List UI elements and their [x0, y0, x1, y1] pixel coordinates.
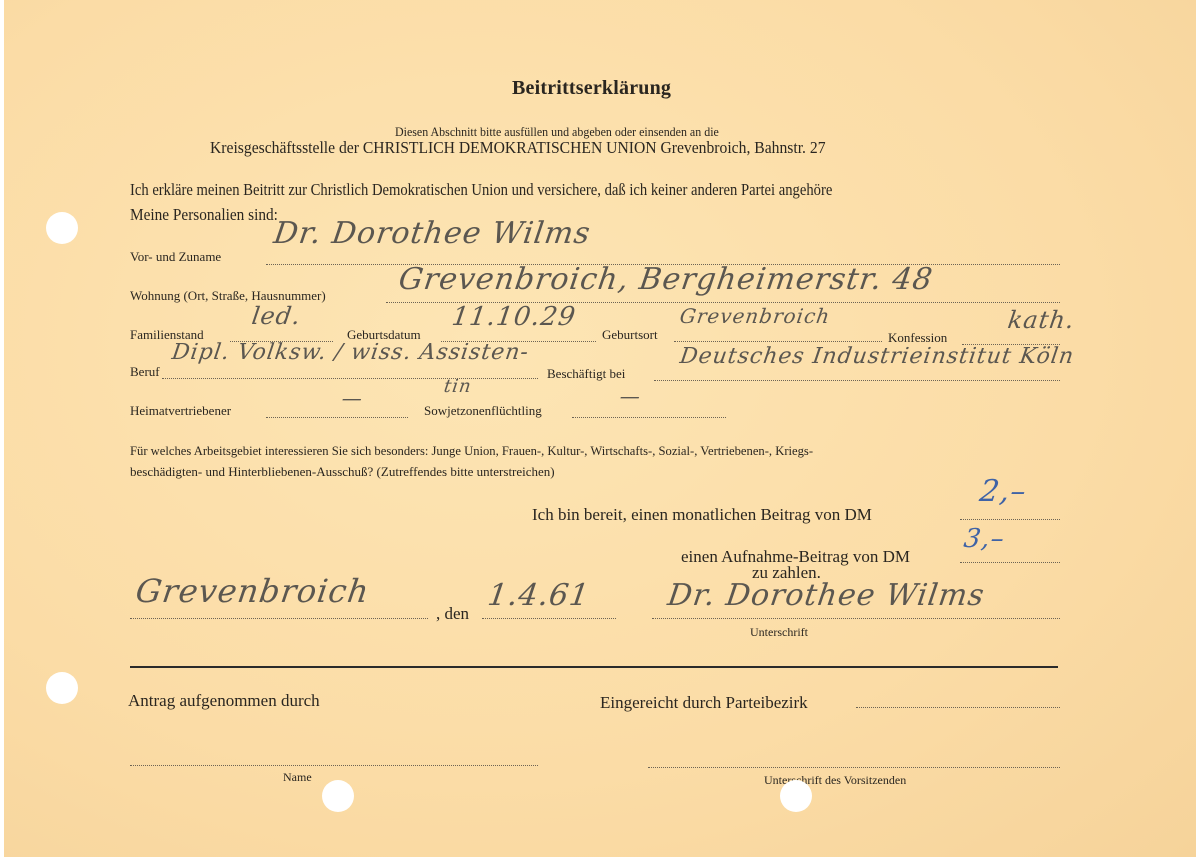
birth-place-label: Geburtsort [602, 327, 658, 343]
punch-hole-bottom-right [780, 780, 812, 812]
expellee-label: Heimatvertriebener [130, 403, 231, 419]
signature-label: Unterschrift [750, 625, 808, 640]
employer-label: Beschäftigt bei [547, 366, 625, 382]
admission-fee-value[interactable]: 3,– [962, 524, 1007, 554]
date-line[interactable] [482, 618, 616, 619]
profession-label: Beruf [130, 364, 160, 380]
punch-hole-bottom-left [322, 780, 354, 812]
monthly-contribution-value[interactable]: 2,– [978, 474, 1030, 509]
employer-value[interactable]: Deutsches Industrieinstitut Köln [678, 344, 1076, 369]
admission-fee-line[interactable] [960, 562, 1060, 563]
employer-line[interactable] [654, 380, 1060, 381]
declaration-text: Ich erkläre meinen Beitritt zur Christli… [130, 180, 832, 200]
organization-line: Kreisgeschäftsstelle der CHRISTLICH DEMO… [210, 138, 826, 158]
monthly-contribution-line[interactable] [960, 519, 1060, 520]
date-value[interactable]: 1.4.61 [486, 578, 592, 613]
refugee-line[interactable] [572, 417, 726, 418]
submitted-by-label: Eingereicht durch Parteibezirk [600, 693, 808, 713]
monthly-contribution-label: Ich bin bereit, einen monatlichen Beitra… [532, 505, 872, 525]
birth-date-value[interactable]: 11.10.29 [450, 302, 578, 332]
section-divider [130, 666, 1058, 668]
profession-line[interactable] [162, 378, 538, 379]
interests-line-1: Für welches Arbeitsgebiet interessieren … [130, 443, 813, 459]
accepted-by-name-line[interactable] [130, 765, 538, 766]
name-label: Vor- und Zuname [130, 249, 221, 265]
refugee-label: Sowjetzonenflüchtling [424, 403, 542, 419]
punch-hole-top [46, 212, 78, 244]
address-value[interactable]: Grevenbroich, Bergheimerstr. 48 [397, 262, 936, 297]
birth-place-line[interactable] [674, 341, 882, 342]
place-line[interactable] [130, 618, 428, 619]
interests-line-2: beschädigten- und Hinterbliebenen-Aussch… [130, 464, 555, 480]
signature-line[interactable] [652, 618, 1060, 619]
expellee-value[interactable]: — [340, 386, 364, 410]
place-value[interactable]: Grevenbroich [133, 572, 372, 610]
profession-value[interactable]: Dipl. Volksw. / wiss. Assisten- [170, 340, 530, 365]
confession-value[interactable]: kath. [1006, 306, 1077, 334]
profession-value-line2[interactable]: tin [443, 376, 474, 397]
expellee-line[interactable] [266, 417, 408, 418]
form-paper: Beitrittserklärung Diesen Abschnitt bitt… [4, 0, 1196, 857]
personal-header: Meine Personalien sind: [130, 205, 278, 225]
date-prefix: , den [436, 604, 469, 624]
accepted-by-label: Antrag aufgenommen durch [128, 691, 320, 711]
form-title: Beitrittserklärung [512, 77, 671, 100]
accepted-by-name-label: Name [283, 770, 312, 785]
name-value[interactable]: Dr. Dorothee Wilms [272, 216, 593, 251]
signature-value[interactable]: Dr. Dorothee Wilms [666, 578, 987, 613]
marital-status-value[interactable]: led. [250, 302, 303, 330]
chair-signature-line[interactable] [648, 767, 1060, 768]
punch-hole-left-bottom [46, 672, 78, 704]
party-district-line[interactable] [856, 707, 1060, 708]
refugee-value[interactable]: — [618, 384, 642, 408]
birth-place-value[interactable]: Grevenbroich [678, 304, 832, 328]
